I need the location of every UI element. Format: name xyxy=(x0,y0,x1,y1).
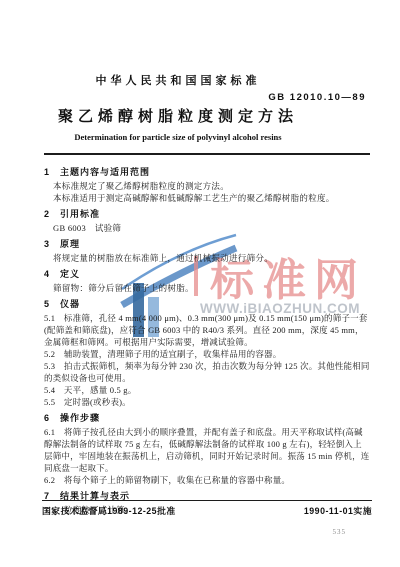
section-heading: 4 定义 xyxy=(44,268,370,280)
document-title-english: Determination for particle size of polyv… xyxy=(28,132,328,142)
document-title: 聚乙烯醇树脂粒度测定方法 xyxy=(28,105,328,126)
standard-label: 中华人民共和国国家标准 xyxy=(28,72,328,88)
implementation-note: 1990-11-01实施 xyxy=(304,504,372,517)
section-heading: 1 主题内容与适用范围 xyxy=(44,166,370,178)
document-body: 1 主题内容与适用范围本标准规定了聚乙烯醇树脂粒度的测定方法。本标准适用于测定高… xyxy=(0,155,400,516)
document-header: 中华人民共和国国家标准 聚乙烯醇树脂粒度测定方法 Determination f… xyxy=(0,0,400,155)
paragraph: 5.5 定时器(或秒表)。 xyxy=(44,396,370,408)
paragraph: 将规定量的树脂放在标准筛上，通过机械振动进行筛分。 xyxy=(44,252,370,264)
paragraph: 5.4 天平，感量 0.5 g。 xyxy=(44,384,370,396)
paragraph: 5.1 标准筛，孔径 4 mm(4 000 μm)、0.3 mm(300 μm)… xyxy=(44,312,370,348)
standard-number: GB 12010.10—89 xyxy=(268,92,366,103)
paragraph: 本标准适用于测定高碱醇解和低碱醇解工艺生产的聚乙烯醇树脂的粒度。 xyxy=(44,192,370,204)
page-number: 535 xyxy=(333,528,347,536)
section-heading: 2 引用标准 xyxy=(44,208,370,220)
approval-note: 国家技术监督局1989-12-25批准 xyxy=(42,504,176,517)
paragraph: GB 6003 试验筛 xyxy=(44,222,370,234)
document-page: 标准网 WWW.iBIAOZHUN.COM 中华人民共和国国家标准 聚乙烯醇树脂… xyxy=(0,0,400,567)
paragraph: 6.2 将每个筛子上的筛留物刷下，收集在已称量的容器中称量。 xyxy=(44,474,370,486)
section-heading: 6 操作步骤 xyxy=(44,412,370,424)
document-footer: 国家技术监督局1989-12-25批准 1990-11-01实施 535 xyxy=(42,500,372,517)
section-heading: 5 仪器 xyxy=(44,298,370,310)
paragraph: 6.1 将筛子按孔径由大到小的顺序叠置，并配有盖子和底盘。用天平称取试样(高碱醇… xyxy=(44,426,370,474)
paragraph: 5.3 拍击式振筛机，频率为每分钟 230 次，拍击次数为每分钟 125 次。其… xyxy=(44,360,370,384)
section-heading: 3 原理 xyxy=(44,238,370,250)
paragraph: 筛留物：筛分后留在筛子上的树脂。 xyxy=(44,282,370,294)
paragraph: 本标准规定了聚乙烯醇树脂粒度的测定方法。 xyxy=(44,180,370,192)
paragraph: 5.2 辅助装置，清理筛子用的适宜刷子，收集样品用的容器。 xyxy=(44,348,370,360)
